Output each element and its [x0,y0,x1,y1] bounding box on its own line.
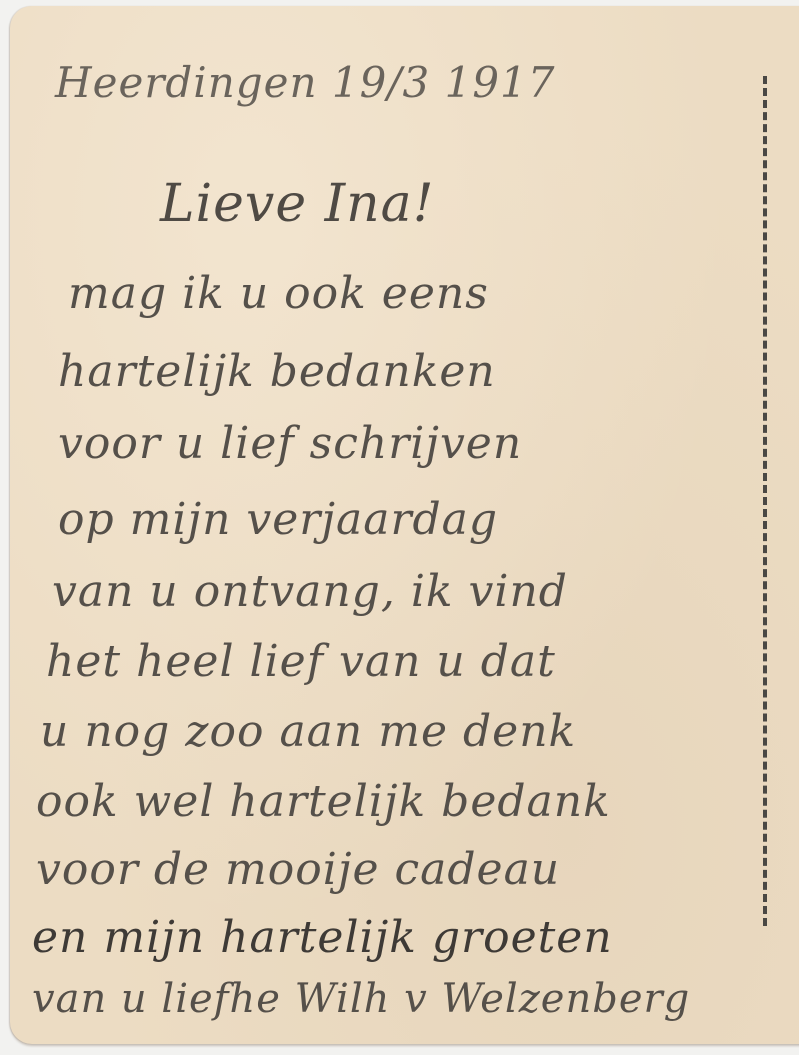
letter-line-2: hartelijk bedanken [58,346,496,397]
letter-line-5: van u ontvang, ik vind [52,566,568,617]
letter-line-9: voor de mooije cadeau [36,844,560,895]
letter-line-1: mag ik u ook eens [68,268,489,319]
letter-line-6: het heel lief van u dat [46,636,556,687]
place-and-date: Heerdingen 19/3 1917 [55,58,555,107]
letter-line-3: voor u lief schrijven [58,418,522,469]
letter-line-10: en mijn hartelijk groeten [32,912,613,963]
letter-line-4: op mijn verjaardag [58,494,498,545]
letter-line-8: ook wel hartelijk bedank [36,776,611,827]
salutation: Lieve Ina! [160,174,435,234]
letter-line-7: u nog zoo aan me denk [40,706,576,757]
address-divider-dashed-line [763,76,767,926]
signature-line: van u liefhe Wilh v Welzenberg [32,976,690,1022]
postcard-back: Heerdingen 19/3 1917 Lieve Ina! mag ik u… [10,6,799,1044]
